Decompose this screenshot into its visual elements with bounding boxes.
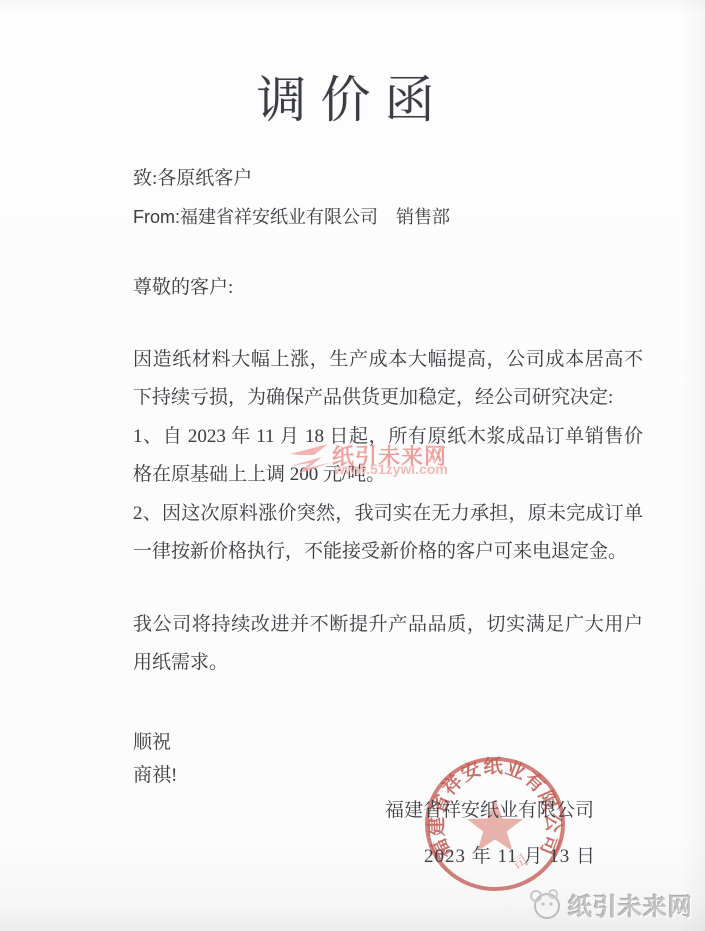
- paragraph-intro: 因造纸材料大幅上涨，生产成本大幅提高，公司成本居高不下持续亏损，为确保产品供货更…: [133, 341, 643, 417]
- letter-title: 调价函: [0, 60, 705, 132]
- signature-date: 2023 年 11 月 13 日: [424, 841, 596, 868]
- footer-logo-mascot-icon: [526, 887, 562, 921]
- regards-line-2: 商祺!: [133, 760, 177, 787]
- letter-document: 调价函 致:各原纸客户 From:福建省祥安纸业有限公司 销售部 尊敬的客户: …: [0, 0, 705, 931]
- letter-to-line: 致:各原纸客户: [133, 163, 252, 190]
- signature-company: 福建省祥安纸业有限公司: [385, 795, 594, 822]
- paragraph-item1: 1、自 2023 年 11 月 18 日起，所有原纸木浆成品订单销售价格在原基础…: [133, 418, 643, 494]
- letter-salutation: 尊敬的客户:: [133, 272, 233, 299]
- scan-shade-right: [679, 0, 705, 931]
- regards-line-1: 顺祝: [133, 727, 171, 754]
- company-seal-stamp: 福建省祥安纸业有限公司 司: [421, 753, 569, 895]
- scan-shade-top: [0, 0, 705, 14]
- footer-logo-label: 纸引未来网: [568, 887, 693, 922]
- paragraph-item2: 2、因这次原料涨价突然，我司实在无力承担，原未完成订单一律按新价格执行，不能接受…: [133, 495, 643, 571]
- letter-from-line: From:福建省祥安纸业有限公司 销售部: [133, 203, 450, 229]
- footer-site-logo: 纸引未来网: [526, 884, 693, 924]
- paragraph-closing: 我公司将持续改进并不断提升产品品质，切实满足广大用户用纸需求。: [133, 606, 643, 682]
